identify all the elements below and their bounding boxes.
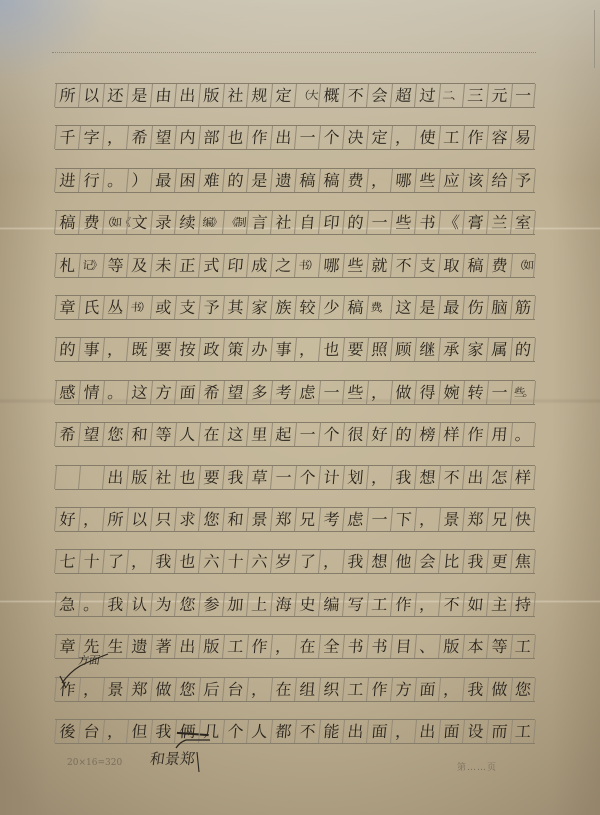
- grid-cell: 情: [78, 381, 104, 404]
- grid-cell: [78, 466, 104, 489]
- grid-cell: （如《: [102, 211, 128, 234]
- manuscript-row: 章先生遗著出版工作，在全书书目、版本等工: [55, 634, 535, 659]
- grid-cell: 取: [438, 254, 464, 277]
- grid-cell: 用: [486, 423, 512, 446]
- grid-cell: 政: [198, 338, 224, 361]
- grid-cell: 内: [174, 126, 200, 149]
- grid-cell: 虑: [294, 381, 320, 404]
- grid-cell: 。: [102, 381, 128, 404]
- grid-cell: 社: [222, 84, 248, 107]
- grid-cell: 十: [222, 550, 248, 573]
- grid-cell: 起: [270, 423, 296, 446]
- grid-cell: 承: [438, 338, 464, 361]
- grid-cell: 最: [150, 169, 176, 192]
- grid-cell: 行: [78, 169, 104, 192]
- grid-cell: 等: [102, 254, 128, 277]
- grid-cell: 一: [294, 126, 320, 149]
- grid-cell: 要: [198, 466, 224, 489]
- grid-cell: 出: [270, 126, 296, 149]
- grid-cell: 我: [462, 678, 488, 701]
- grid-cell: 所: [102, 508, 128, 531]
- grid-cell: 社: [150, 466, 176, 489]
- grid-cell: 作: [246, 126, 272, 149]
- grid-cell: ，: [78, 678, 104, 701]
- grid-cell: 作: [462, 423, 488, 446]
- manuscript-row: 感情。这方面希望多考虑一些，做得婉转一些。: [55, 380, 535, 405]
- grid-cell: 过: [414, 84, 440, 107]
- grid-cell: 他: [390, 550, 416, 573]
- grid-cell: 按: [174, 338, 200, 361]
- grid-cell: 版: [126, 466, 152, 489]
- grid-cell: 照: [366, 338, 392, 361]
- manuscript-row: 作，景郑做您后台，在组织工作方面，我做您: [55, 677, 535, 702]
- grid-cell: 后: [198, 678, 224, 701]
- grid-cell: 属: [486, 338, 512, 361]
- manuscript-row: 千字，希望内部也作出一个决定，使工作容易: [55, 125, 535, 150]
- grid-cell: 家: [246, 296, 272, 319]
- grid-cell: 遗: [270, 169, 296, 192]
- grid-cell: 和: [222, 508, 248, 531]
- grid-cell: 郑: [126, 678, 152, 701]
- grid-cell: 下: [390, 508, 416, 531]
- grid-cell: 织: [318, 678, 344, 701]
- grid-cell: 榜: [414, 423, 440, 446]
- grid-cell: ，: [414, 508, 440, 531]
- grid-cell: 这: [126, 381, 152, 404]
- grid-cell: 个: [294, 466, 320, 489]
- grid-cell: 所: [54, 84, 80, 107]
- grid-cell: 一: [486, 381, 512, 404]
- grid-cell: 元: [486, 84, 512, 107]
- grid-cell: 事: [78, 338, 104, 361]
- grid-cell: 作: [366, 678, 392, 701]
- grid-cell: 做: [486, 678, 512, 701]
- grid-cell: 七: [54, 550, 80, 573]
- grid-cell: 或: [150, 296, 176, 319]
- grid-cell: 丛: [102, 296, 128, 319]
- grid-cell: 。: [78, 593, 104, 616]
- grid-cell: 书: [342, 635, 368, 658]
- grid-cell: 我: [222, 466, 248, 489]
- grid-cell: 我: [342, 550, 368, 573]
- grid-cell: 一: [510, 84, 536, 107]
- grid-cell: 组: [294, 678, 320, 701]
- grid-cell: ，: [438, 678, 464, 701]
- struck-character-cell: 俩: [174, 720, 200, 743]
- grid-cell: 上: [246, 593, 272, 616]
- grid-cell: 言: [246, 211, 272, 234]
- grid-cell: ，: [126, 550, 152, 573]
- grid-cell: 我: [462, 550, 488, 573]
- grid-cell: 不: [438, 466, 464, 489]
- grid-cell: （大: [294, 84, 320, 107]
- grid-cell: 成: [246, 254, 272, 277]
- grid-cell: 事: [270, 338, 296, 361]
- grid-cell: 札: [54, 254, 80, 277]
- grid-cell: ，: [270, 635, 296, 658]
- grid-cell: 这: [222, 423, 248, 446]
- grid-cell: 筋: [510, 296, 536, 319]
- manuscript-row: 所以还是由出版社规定（大概不会超过二、三元一: [55, 83, 535, 108]
- grid-cell: 面: [366, 720, 392, 743]
- grid-cell: 个: [318, 423, 344, 446]
- grid-cell: 些: [342, 381, 368, 404]
- grid-cell: 出: [414, 720, 440, 743]
- grid-cell: ，: [102, 720, 128, 743]
- grid-cell: 考: [318, 508, 344, 531]
- grid-cell: 景: [102, 678, 128, 701]
- grid-cell: 是: [246, 169, 272, 192]
- grid-cell: ，: [246, 678, 272, 701]
- grid-cell: 稿: [54, 211, 80, 234]
- grid-cell: 里: [246, 423, 272, 446]
- grid-cell: 也: [222, 126, 248, 149]
- grid-cell: 急: [54, 593, 80, 616]
- grid-cell: 三: [462, 84, 488, 107]
- grid-cell: 予: [510, 169, 536, 192]
- grid-cell: 规: [246, 84, 272, 107]
- grid-cell: 遗: [126, 635, 152, 658]
- grid-cell: 较: [294, 296, 320, 319]
- grid-cell: 方: [150, 381, 176, 404]
- grid-cell: 易: [510, 126, 536, 149]
- grid-cell: 些: [342, 254, 368, 277]
- grid-cell: 稿: [342, 296, 368, 319]
- grid-cell: 记》: [78, 254, 104, 277]
- grid-cell: 台: [222, 678, 248, 701]
- grid-cell: 的: [222, 169, 248, 192]
- grid-cell: 式: [198, 254, 224, 277]
- grid-cell: 虑: [342, 508, 368, 531]
- grid-cell: 也: [318, 338, 344, 361]
- grid-cell: 版: [198, 84, 224, 107]
- grid-cell: ，: [102, 338, 128, 361]
- grid-cell: 脑: [486, 296, 512, 319]
- grid-cell: 我: [390, 466, 416, 489]
- grid-cell: 室: [510, 211, 536, 234]
- manuscript-row: 出版社也要我草一个计划，我想不出怎样: [55, 465, 535, 490]
- grid-cell: 郑: [462, 508, 488, 531]
- grid-cell: 了: [102, 550, 128, 573]
- grid-cell: 给: [486, 169, 512, 192]
- grid-cell: ）: [126, 169, 152, 192]
- grid-cell: 工: [510, 720, 536, 743]
- grid-cell: 及: [126, 254, 152, 277]
- grid-cell: 不: [342, 84, 368, 107]
- manuscript-row: 後台，但我俩几个人都不能出面，出面设而工: [55, 719, 535, 744]
- grid-cell: 您: [510, 678, 536, 701]
- grid-cell: 支: [174, 296, 200, 319]
- grid-cell: [54, 466, 80, 489]
- grid-cell: 出: [342, 720, 368, 743]
- grid-cell: 应: [438, 169, 464, 192]
- grid-cell: 使: [414, 126, 440, 149]
- manuscript-row: 急。我认为您参加上海史编写工作，不如主持: [55, 592, 535, 617]
- grid-cell: 全: [318, 635, 344, 658]
- grid-cell: 策: [222, 338, 248, 361]
- grid-cell: 的: [54, 338, 80, 361]
- grid-cell: 更: [486, 550, 512, 573]
- grid-cell: 是: [414, 296, 440, 319]
- grid-cell: 作: [390, 593, 416, 616]
- grid-cell: 部: [198, 126, 224, 149]
- grid-cell: 自: [294, 211, 320, 234]
- grid-cell: 其: [222, 296, 248, 319]
- grid-cell: （如: [510, 254, 536, 277]
- grid-cell: 决: [342, 126, 368, 149]
- grid-cell: 。: [102, 169, 128, 192]
- grid-cell: 续: [174, 211, 200, 234]
- grid-cell: 、: [414, 635, 440, 658]
- manuscript-row: 希望您和等人在这里起一个很好的榜样作用。: [55, 422, 535, 447]
- grid-cell: 景: [246, 508, 272, 531]
- grid-cell: 书）: [126, 296, 152, 319]
- grid-cell: 难: [198, 169, 224, 192]
- grid-cell: 版: [198, 635, 224, 658]
- grid-cell: 由: [150, 84, 176, 107]
- grid-cell: 和: [126, 423, 152, 446]
- grid-cell: 以: [126, 508, 152, 531]
- grid-cell: 望: [78, 423, 104, 446]
- grid-cell: 予: [198, 296, 224, 319]
- grid-cell: 在: [198, 423, 224, 446]
- grid-cell: 还: [102, 84, 128, 107]
- grid-cell: 作: [54, 678, 80, 701]
- grid-cell: 哪: [390, 169, 416, 192]
- grid-cell: 章: [54, 296, 80, 319]
- grid-cell: 焦: [510, 550, 536, 573]
- grid-cell: 很: [342, 423, 368, 446]
- grid-cell: 想: [414, 466, 440, 489]
- grid-cell: 兄: [294, 508, 320, 531]
- grid-cell: ，: [366, 381, 392, 404]
- grid-size-label: 20×16=320: [67, 758, 122, 768]
- manuscript-row: 札记》等及未正式印成之书）哪些就不支取稿费（如: [55, 253, 535, 278]
- grid-cell: 家: [462, 338, 488, 361]
- grid-cell: 认: [126, 593, 152, 616]
- grid-cell: ，: [78, 508, 104, 531]
- grid-cell: ，: [102, 126, 128, 149]
- grid-cell: 社: [270, 211, 296, 234]
- grid-cell: 划: [342, 466, 368, 489]
- grid-cell: 十: [78, 550, 104, 573]
- grid-cell: 概: [318, 84, 344, 107]
- grid-cell: 希: [198, 381, 224, 404]
- grid-cell: 费: [78, 211, 104, 234]
- grid-cell: 是: [126, 84, 152, 107]
- grid-cell: 继: [414, 338, 440, 361]
- grid-cell: 版: [438, 635, 464, 658]
- grid-cell: 顾: [390, 338, 416, 361]
- grid-cell: 些: [390, 211, 416, 234]
- handwritten-insertion-hejingzheng: 和景郑: [149, 748, 197, 769]
- grid-cell: 作: [462, 126, 488, 149]
- grid-cell: ，: [390, 126, 416, 149]
- grid-cell: 编》: [198, 211, 224, 234]
- grid-cell: 人: [174, 423, 200, 446]
- grid-cell: 想: [366, 550, 392, 573]
- grid-cell: 计: [318, 466, 344, 489]
- grid-cell: 能: [318, 720, 344, 743]
- grid-cell: 也: [174, 466, 200, 489]
- grid-cell: 几: [198, 720, 224, 743]
- grid-cell: 一: [294, 423, 320, 446]
- grid-cell: 的: [342, 211, 368, 234]
- grid-cell: 该: [462, 169, 488, 192]
- grid-cell: 了: [294, 550, 320, 573]
- grid-cell: 我: [150, 720, 176, 743]
- grid-cell: 好: [366, 423, 392, 446]
- grid-cell: 二、: [438, 84, 464, 107]
- grid-cell: 的: [510, 338, 536, 361]
- grid-cell: 不: [390, 254, 416, 277]
- grid-cell: 也: [174, 550, 200, 573]
- grid-cell: 在: [294, 635, 320, 658]
- grid-cell: 面: [414, 678, 440, 701]
- grid-cell: 氏: [78, 296, 104, 319]
- grid-cell: 印: [222, 254, 248, 277]
- grid-cell: 以: [78, 84, 104, 107]
- grid-cell: 稿: [318, 169, 344, 192]
- grid-cell: 出: [174, 635, 200, 658]
- manuscript-row: 七十了，我也六十六岁了，我想他会比我更焦: [55, 549, 535, 574]
- grid-cell: 目: [390, 635, 416, 658]
- grid-cell: 工: [222, 635, 248, 658]
- grid-cell: 工: [342, 678, 368, 701]
- grid-cell: 族: [270, 296, 296, 319]
- grid-cell: 出: [462, 466, 488, 489]
- grid-cell: 兰: [486, 211, 512, 234]
- grid-cell: 我: [150, 550, 176, 573]
- grid-cell: 会: [366, 84, 392, 107]
- grid-cell: 在: [270, 678, 296, 701]
- grid-cell: 参: [198, 593, 224, 616]
- grid-cell: 面: [174, 381, 200, 404]
- grid-cell: 您: [174, 678, 200, 701]
- grid-cell: 一: [318, 381, 344, 404]
- grid-cell: 得: [414, 381, 440, 404]
- grid-cell: 正: [174, 254, 200, 277]
- grid-cell: 兄: [486, 508, 512, 531]
- grid-cell: 做: [150, 678, 176, 701]
- grid-cell: 哪: [318, 254, 344, 277]
- grid-cell: 望: [222, 381, 248, 404]
- grid-cell: 文: [126, 211, 152, 234]
- grid-cell: 希: [126, 126, 152, 149]
- grid-cell: 六: [198, 550, 224, 573]
- grid-cell: 史: [294, 593, 320, 616]
- grid-cell: ，: [414, 593, 440, 616]
- grid-cell: ，: [318, 550, 344, 573]
- grid-cell: 等: [150, 423, 176, 446]
- grid-cell: 希: [54, 423, 80, 446]
- grid-cell: 做: [390, 381, 416, 404]
- grid-cell: 个: [222, 720, 248, 743]
- grid-cell: 样: [438, 423, 464, 446]
- grid-cell: 只: [150, 508, 176, 531]
- grid-cell: 定: [366, 126, 392, 149]
- grid-cell: 您: [174, 593, 200, 616]
- grid-cell: 样: [510, 466, 536, 489]
- grid-cell: 比: [438, 550, 464, 573]
- grid-cell: 膏: [462, 211, 488, 234]
- grid-cell: 人: [246, 720, 272, 743]
- grid-cell: 郑: [270, 508, 296, 531]
- grid-cell: 未: [150, 254, 176, 277]
- grid-cell: 您: [198, 508, 224, 531]
- grid-cell: 岁: [270, 550, 296, 573]
- grid-cell: 最: [438, 296, 464, 319]
- grid-cell: 後: [54, 720, 80, 743]
- grid-cell: 少: [318, 296, 344, 319]
- grid-cell: 些。: [510, 381, 536, 404]
- grid-cell: 印: [318, 211, 344, 234]
- grid-cell: 台: [78, 720, 104, 743]
- grid-cell: 一: [366, 211, 392, 234]
- grid-cell: 要: [150, 338, 176, 361]
- grid-cell: 既: [126, 338, 152, 361]
- grid-cell: 但: [126, 720, 152, 743]
- manuscript-row: 进行。）最困难的是遗稿稿费，哪些应该给予: [55, 168, 535, 193]
- grid-cell: 《制: [222, 211, 248, 234]
- grid-cell: 。: [510, 423, 536, 446]
- grid-cell: 加: [222, 593, 248, 616]
- manuscript-row: 稿费（如《文录续编》《制言社自印的一些书《膏兰室: [55, 210, 535, 235]
- grid-cell: 感: [54, 381, 80, 404]
- manuscript-grid: 所以还是由出版社规定（大概不会超过二、三元一千字，希望内部也作出一个决定，使工作…: [0, 0, 600, 815]
- grid-cell: 草: [246, 466, 272, 489]
- grid-cell: ，: [294, 338, 320, 361]
- grid-cell: 费: [486, 254, 512, 277]
- grid-cell: 一: [366, 508, 392, 531]
- grid-cell: 生: [102, 635, 128, 658]
- grid-cell: 会: [414, 550, 440, 573]
- grid-cell: ，: [390, 720, 416, 743]
- manuscript-row: 好，所以只求您和景郑兄考虑一下，景郑兄快: [55, 507, 535, 532]
- grid-cell: 出: [174, 84, 200, 107]
- grid-cell: 您: [102, 423, 128, 446]
- grid-cell: 著: [150, 635, 176, 658]
- grid-cell: 稿: [294, 169, 320, 192]
- grid-cell: 支: [414, 254, 440, 277]
- handwritten-insertion-fangmian: 方面: [77, 652, 101, 668]
- grid-cell: 容: [486, 126, 512, 149]
- grid-cell: 多: [246, 381, 272, 404]
- grid-cell: 为: [150, 593, 176, 616]
- grid-cell: 考: [270, 381, 296, 404]
- page-number-label: 第……页: [457, 760, 497, 773]
- grid-cell: 就: [366, 254, 392, 277]
- grid-cell: 些: [414, 169, 440, 192]
- grid-cell: 的: [390, 423, 416, 446]
- manuscript-row: 的事，既要按政策办事，也要照顾继承家属的: [55, 337, 535, 362]
- grid-cell: 如: [462, 593, 488, 616]
- grid-cell: 写: [342, 593, 368, 616]
- grid-cell: 本: [462, 635, 488, 658]
- grid-cell: 个: [318, 126, 344, 149]
- grid-cell: 字: [78, 126, 104, 149]
- grid-cell: 书: [414, 211, 440, 234]
- grid-cell: ，: [366, 169, 392, 192]
- grid-cell: 要: [342, 338, 368, 361]
- grid-cell: 婉: [438, 381, 464, 404]
- grid-cell: 超: [390, 84, 416, 107]
- grid-cell: 而: [486, 720, 512, 743]
- grid-cell: 海: [270, 593, 296, 616]
- grid-cell: 困: [174, 169, 200, 192]
- grid-cell: ，: [366, 466, 392, 489]
- grid-cell: 持: [510, 593, 536, 616]
